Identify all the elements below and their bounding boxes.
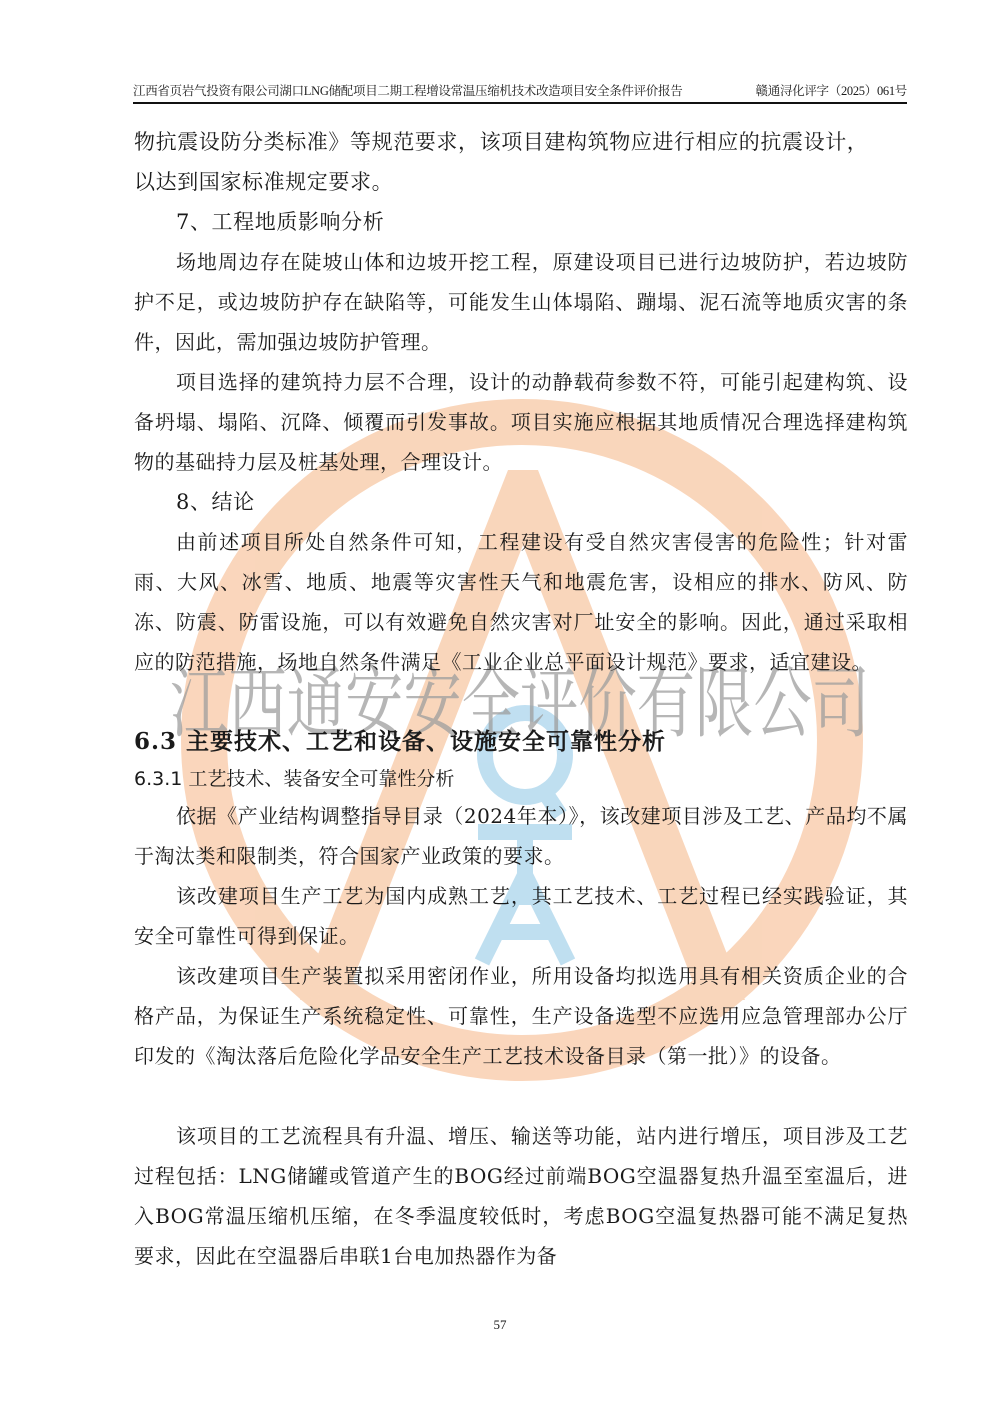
paragraph: 该项目的工艺流程具有升温、增压、输送等功能，站内进行增压，项目涉及工艺过程包括：… — [134, 1116, 908, 1316]
paragraph: 场地周边存在陡坡山体和边坡开挖工程，原建设项目已进行边坡防护，若边坡防护不足，或… — [134, 242, 908, 362]
paragraph: 项目选择的建筑持力层不合理，设计的动静载荷参数不符，可能引起建构筑、设备坍塌、塌… — [134, 362, 908, 482]
running-header: 江西省页岩气投资有限公司湖口LNG储配项目二期工程增设常温压缩机技术改造项目安全… — [133, 82, 907, 104]
paragraph-text: 项目选择的建筑持力层不合理，设计的动静载荷参数不符，可能引起建构筑、设备坍塌、塌… — [134, 370, 908, 474]
paragraph-text: 该项目的工艺流程具有升温、增压、输送等功能，站内进行增压，项目涉及工艺过程包括：… — [134, 1124, 908, 1268]
subsection-title-8: 8、结论 — [134, 482, 908, 522]
paragraph: 该改建项目生产装置拟采用密闭作业，所用设备均拟选用具有相关资质企业的合格产品，为… — [134, 956, 908, 1116]
header-doc-number: 赣通浔化评字（2025）061号 — [756, 82, 907, 102]
paragraph-text: 该改建项目生产工艺为国内成熟工艺，其工艺技术、工艺过程已经实践验证，其安全可靠性… — [134, 884, 908, 948]
paragraph: 该改建项目生产工艺为国内成熟工艺，其工艺技术、工艺过程已经实践验证，其安全可靠性… — [134, 876, 908, 956]
paragraph-text: 该改建项目生产装置拟采用密闭作业，所用设备均拟选用具有相关资质企业的合格产品，为… — [134, 964, 908, 1068]
paragraph-text: 依据《产业结构调整指导目录（2024年本）》，该改建项目涉及工艺、产品均不属于淘… — [134, 804, 908, 868]
document-page: 江西通安安全评价有限公司 江西省页岩气投资有限公司湖口LNG储配项目二期工程增设… — [0, 0, 1000, 1414]
subsection-title-7: 7、工程地质影响分析 — [134, 202, 908, 242]
page-body: 物抗震设防分类标准》等规范要求，该项目建构筑物应进行相应的抗震设计， 以达到国家… — [134, 122, 908, 1316]
paragraph-line: 物抗震设防分类标准》等规范要求，该项目建构筑物应进行相应的抗震设计， — [134, 122, 908, 162]
paragraph: 依据《产业结构调整指导目录（2024年本）》，该改建项目涉及工艺、产品均不属于淘… — [134, 796, 908, 876]
paragraph: 由前述项目所处自然条件可知，工程建设有受自然灾害侵害的危险性；针对雷雨、大风、冰… — [134, 522, 908, 722]
paragraph-text: 由前述项目所处自然条件可知，工程建设有受自然灾害侵害的危险性；针对雷雨、大风、冰… — [134, 530, 908, 674]
header-report-title: 江西省页岩气投资有限公司湖口LNG储配项目二期工程增设常温压缩机技术改造项目安全… — [133, 82, 682, 102]
section-heading-6-3: 6.3 主要技术、工艺和设备、设施安全可靠性分析 — [134, 722, 908, 762]
paragraph-line: 以达到国家标准规定要求。 — [134, 162, 908, 202]
section-heading-6-3-1: 6.3.1 工艺技术、装备安全可靠性分析 — [134, 762, 908, 796]
page-number: 57 — [0, 1317, 1000, 1333]
paragraph-text: 场地周边存在陡坡山体和边坡开挖工程，原建设项目已进行边坡防护，若边坡防护不足，或… — [134, 250, 908, 354]
